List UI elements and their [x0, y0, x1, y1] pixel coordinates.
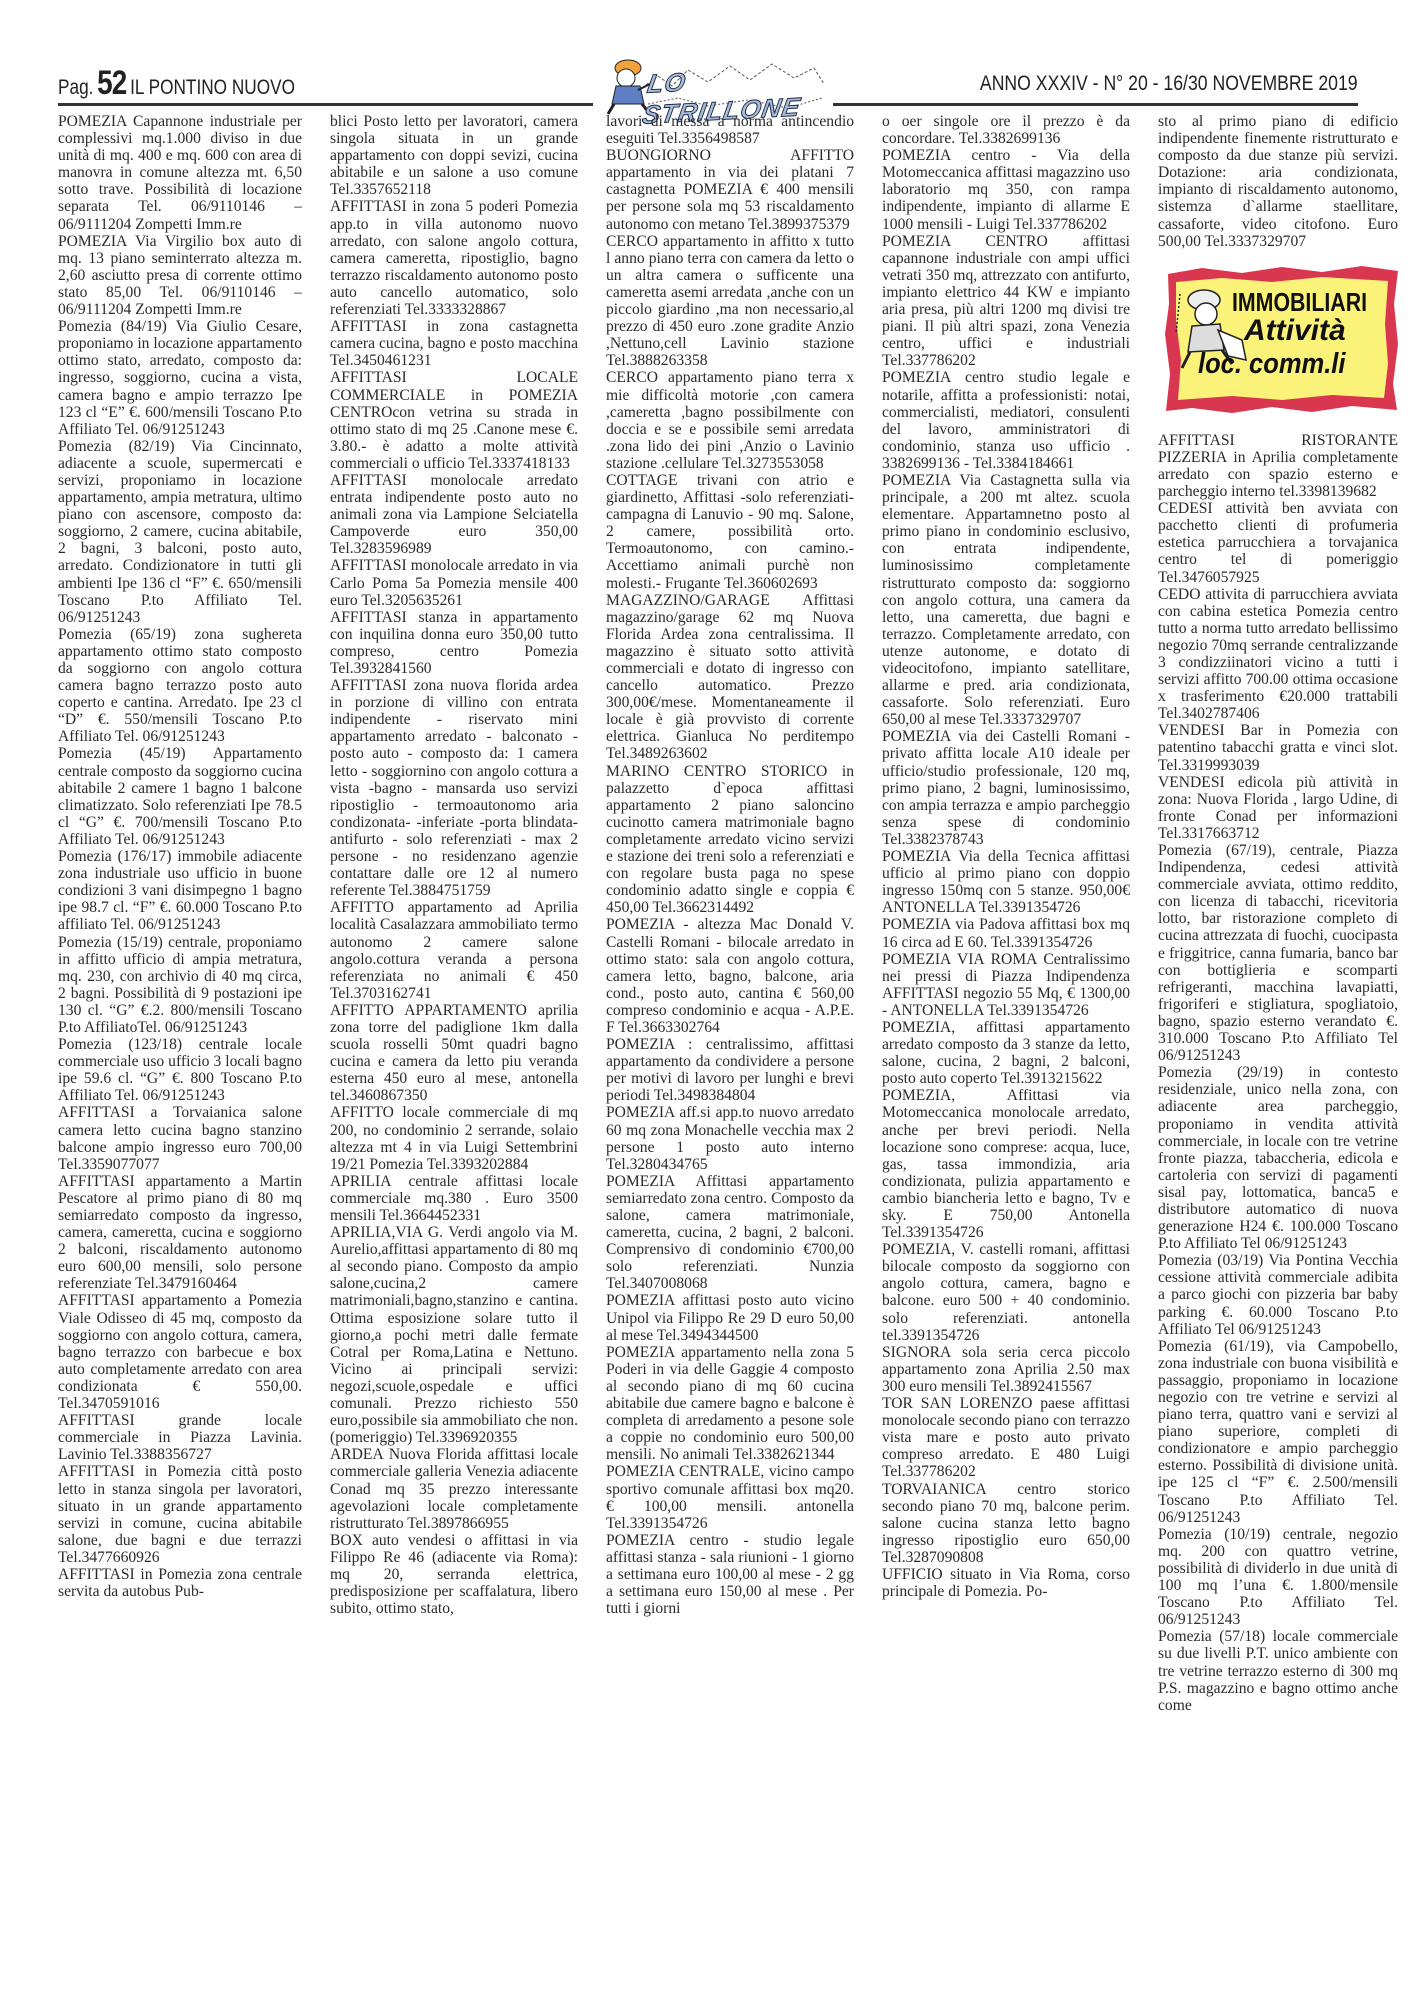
column-5: sto al primo piano di edificio indipende… — [1158, 113, 1398, 1943]
classified-ad: AFFITTASI RISTORANTE PIZZERIA in Aprilia… — [1158, 432, 1398, 500]
classified-ad: POMEZIA Via della Tecnica affittasi uffi… — [882, 848, 1130, 916]
publication-name: IL PONTINO NUOVO — [130, 76, 295, 99]
classified-ad: POMEZIA CENTRO affittasi capannone indus… — [882, 233, 1130, 370]
classified-ad: AFFITTASI monolocale arredato entrata in… — [330, 472, 578, 557]
page-number: 52 — [97, 64, 126, 102]
classified-ad: POMEZIA via Padova affittasi box mq 16 c… — [882, 916, 1130, 950]
page-label: Pag. 52 IL PONTINO NUOVO — [58, 64, 295, 103]
classified-ad: Pomezia (10/19) centrale, negozio mq. 20… — [1158, 1526, 1398, 1629]
column-5-pre-badge: sto al primo piano di edificio indipende… — [1158, 113, 1398, 250]
classified-ad: AFFITTASI in Pomezia zona centrale servi… — [58, 1566, 302, 1600]
classified-ad: SIGNORA sola seria cerca piccolo apparta… — [882, 1344, 1130, 1395]
classified-ad: Pomezia (82/19) Via Cincinnato, adiacent… — [58, 438, 302, 626]
classified-ad: CERCO appartamento piano terra x mie dif… — [606, 369, 854, 472]
classified-ad: Pomezia (123/18) centrale locale commerc… — [58, 1036, 302, 1104]
classified-ad: BUONGIORNO AFFITTO appartamento in via d… — [606, 147, 854, 232]
classified-ad: AFFITTASI in zona castagnetta camera cuc… — [330, 318, 578, 369]
column-5-ads: AFFITTASI RISTORANTE PIZZERIA in Aprilia… — [1158, 432, 1398, 1714]
classified-ad: Pomezia (03/19) Via Pontina Vecchia cess… — [1158, 1252, 1398, 1337]
classified-ad: POMEZIA - altezza Mac Donald V. Castelli… — [606, 916, 854, 1036]
classified-ad: VENDESI Bar in Pomezia con patentino tab… — [1158, 722, 1398, 773]
classified-ad: MAGAZZINO/GARAGE Affittasi magazzino/gar… — [606, 592, 854, 763]
classified-ad: Pomezia (67/19), centrale, Piazza Indipe… — [1158, 842, 1398, 1064]
classified-ad: POMEZIA centro studio legale e notarile,… — [882, 369, 1130, 472]
classified-ad: ARDEA Nuova Florida affittasi locale com… — [330, 1446, 578, 1531]
classified-ad: COTTAGE trivani con atrio e giardinetto,… — [606, 472, 854, 592]
classified-ad: AFFITTASI appartamento a Martin Pescator… — [58, 1173, 302, 1293]
header-rule-left — [58, 103, 593, 106]
classified-ad: Pomezia (65/19) zona sughereta appartame… — [58, 626, 302, 746]
classified-ad: AFFITTASI in Pomezia città posto letto i… — [58, 1463, 302, 1566]
classified-ad: blici Posto letto per lavoratori, camera… — [330, 113, 578, 198]
classified-ad: POMEZIA, affittasi appartamento arredato… — [882, 1019, 1130, 1087]
classified-ad: POMEZIA via dei Castelli Romani - privat… — [882, 728, 1130, 848]
classified-ad: POMEZIA aff.si app.to nuovo arredato 60 … — [606, 1104, 854, 1172]
header-rule-right — [833, 103, 1358, 106]
classified-ad: POMEZIA Capannone industriale per comple… — [58, 113, 302, 233]
classified-ad: TORVAIANICA centro storico secondo piano… — [882, 1481, 1130, 1566]
classified-ad: APRILIA centrale affittasi locale commer… — [330, 1173, 578, 1224]
column-2: blici Posto letto per lavoratori, camera… — [330, 113, 578, 1943]
classified-ad: lavori di messa a norma antincendio eseg… — [606, 113, 854, 147]
classified-ad: CERCO appartamento in affitto x tutto l … — [606, 233, 854, 370]
badge-subtitle-2: loc. comm.li — [1198, 356, 1345, 373]
classified-ad: CEDO attivita di parrucchiera avviata co… — [1158, 586, 1398, 723]
classified-ad: APRILIA,VIA G. Verdi angolo via M. Aurel… — [330, 1224, 578, 1446]
lo-strillone-logo: LO STRILLONE — [598, 54, 828, 116]
classified-ad: AFFITTO APPARTAMENTO aprilia zona torre … — [330, 1002, 578, 1105]
classified-ad: Pomezia (15/19) centrale, proponiamo in … — [58, 934, 302, 1037]
classified-ad: TOR SAN LORENZO paese affittasi monoloca… — [882, 1395, 1130, 1480]
classified-ad: AFFITTASI a Torvaianica salone camera le… — [58, 1104, 302, 1172]
classified-ad: AFFITTASI zona nuova florida ardea in po… — [330, 677, 578, 899]
classified-ad: AFFITTASI in zona 5 poderi Pomezia app.t… — [330, 198, 578, 318]
classified-ad: Pomezia (61/19), via Campobello, zona in… — [1158, 1338, 1398, 1526]
classified-ad: o oer singole ore il prezzo è da concord… — [882, 113, 1130, 147]
column-3: lavori di messa a norma antincendio eseg… — [606, 113, 854, 1943]
classified-ad: sto al primo piano di edificio indipende… — [1158, 113, 1398, 250]
classified-ad: MARINO CENTRO STORICO in palazzetto d`ep… — [606, 763, 854, 917]
classified-ad: AFFITTASI appartamento a Pomezia Viale O… — [58, 1292, 302, 1412]
column-4: o oer singole ore il prezzo è da concord… — [882, 113, 1130, 1943]
page-header: Pag. 52 IL PONTINO NUOVO LO STRILLONE AN… — [58, 58, 1358, 108]
classified-ad: VENDESI edicola più attività in zona: Nu… — [1158, 774, 1398, 842]
page-prefix: Pag. — [58, 76, 93, 99]
classified-ad: CEDESI attività ben avviata con pacchett… — [1158, 500, 1398, 585]
classified-ad: AFFITTO appartamento ad Aprilia località… — [330, 899, 578, 1002]
immobiliari-attivita-badge: IMMOBILIARI Attività loc. comm.li — [1162, 264, 1398, 414]
classified-ad: POMEZIA Affittasi appartamento semiarred… — [606, 1173, 854, 1293]
classified-ad: POMEZIA centro - studio legale affittasi… — [606, 1532, 854, 1617]
classified-ad: AFFITTASI LOCALE COMMERCIALE in POMEZIA … — [330, 369, 578, 472]
classified-ad: POMEZIA centro - Via della Motomeccanica… — [882, 147, 1130, 232]
column-1: POMEZIA Capannone industriale per comple… — [58, 113, 302, 1943]
classified-ad: POMEZIA Via Virgilio box auto di mq. 13 … — [58, 233, 302, 318]
classified-ad: Pomezia (84/19) Via Giulio Cesare, propo… — [58, 318, 302, 438]
classified-ad: POMEZIA affittasi posto auto vicino Unip… — [606, 1292, 854, 1343]
classified-ad: Pomezia (176/17) immobile adiacente zona… — [58, 848, 302, 933]
badge-subtitle: Attività — [1244, 322, 1346, 339]
classified-ad: POMEZIA VIA ROMA Centralissimo nei press… — [882, 951, 1130, 1019]
classified-ad: UFFICIO situato in Via Roma, corso princ… — [882, 1566, 1130, 1600]
classified-ad: POMEZIA CENTRALE, vicino campo sportivo … — [606, 1463, 854, 1531]
classified-ad: AFFITTASI monolocale arredato in via Car… — [330, 557, 578, 608]
classified-ad: AFFITTASI grande locale commerciale in P… — [58, 1412, 302, 1463]
classifieds-columns: POMEZIA Capannone industriale per comple… — [58, 113, 1358, 1943]
classified-ad: POMEZIA Via Castagnetta sulla via princi… — [882, 472, 1130, 728]
classified-ad: AFFITTO locale commerciale di mq 200, no… — [330, 1104, 578, 1172]
classified-ad: POMEZIA, Affittasi via Motomeccanica mon… — [882, 1087, 1130, 1241]
classified-ad: POMEZIA : centralissimo, affittasi appar… — [606, 1036, 854, 1104]
classified-ad: BOX auto vendesi o affittasi in via Fili… — [330, 1532, 578, 1617]
issue-info: ANNO XXXIV - N° 20 - 16/30 NOVEMBRE 2019 — [980, 72, 1358, 96]
classified-ad: POMEZIA appartamento nella zona 5 Poderi… — [606, 1344, 854, 1464]
classified-ad: AFFITTASI stanza in appartamento con inq… — [330, 609, 578, 677]
classified-ad: POMEZIA, V. castelli romani, affittasi b… — [882, 1241, 1130, 1344]
badge-title: IMMOBILIARI — [1232, 294, 1367, 311]
classified-ad: Pomezia (29/19) in contesto residenziale… — [1158, 1064, 1398, 1252]
classified-ad: Pomezia (57/18) locale commerciale su du… — [1158, 1628, 1398, 1713]
classified-ad: Pomezia (45/19) Appartamento centrale co… — [58, 745, 302, 848]
